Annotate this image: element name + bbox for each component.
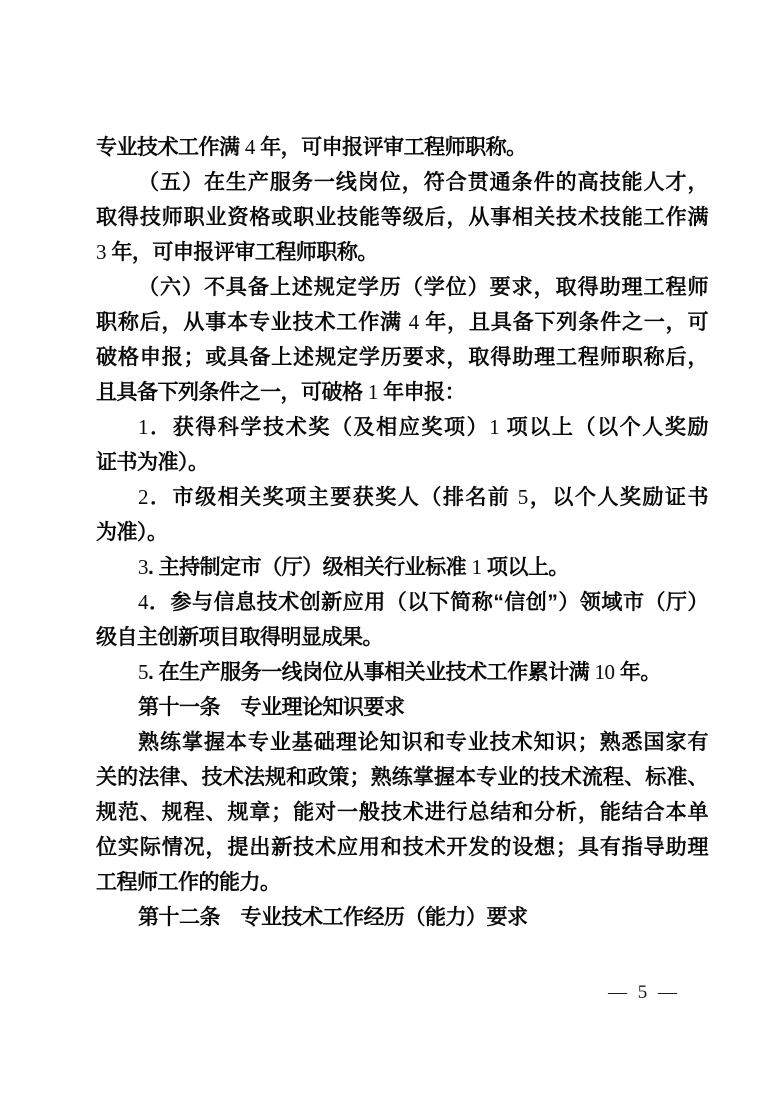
text-line: 第十一条 专业理论知识要求 <box>96 690 708 725</box>
serif-number: 1 <box>138 415 148 439</box>
text-line: 级自主创新项目取得明显成果。 <box>96 620 708 655</box>
text-line: 工程师工作的能力。 <box>96 865 708 900</box>
text-line: 职称后，从事本专业技术工作满 4 年，且具备下列条件之一，可 <box>96 305 708 340</box>
text-line: 熟练掌握本专业基础理论知识和专业技术知识；熟悉国家有 <box>96 725 708 760</box>
serif-number: 3 <box>96 240 106 264</box>
text-line: 5. 在生产服务一线岗位从事相关业技术工作累计满 10 年。 <box>96 655 708 690</box>
serif-number: 1 <box>472 555 482 579</box>
serif-number: 2 <box>138 485 148 509</box>
text-line: 证书为准）。 <box>96 445 708 480</box>
text-line: 3. 主持制定市（厅）级相关行业标准 1 项以上。 <box>96 550 708 585</box>
text-line: 关的法律、技术法规和政策；熟练掌握本专业的技术流程、标准、 <box>96 760 708 795</box>
text-line: 规范、规程、规章；能对一般技术进行总结和分析，能结合本单 <box>96 795 708 830</box>
text-line: 3 年，可申报评审工程师职称。 <box>96 235 708 270</box>
text-line: （六）不具备上述规定学历（学位）要求，取得助理工程师 <box>96 270 708 305</box>
text-line: 1．获得科学技术奖（及相应奖项）1 项以上（以个人奖励 <box>96 410 708 445</box>
text-line: 位实际情况，提出新技术应用和技术开发的设想；具有指导助理 <box>96 830 708 865</box>
serif-number: 1 <box>489 415 499 439</box>
page-number: — 5 — <box>608 982 677 1004</box>
text-line: 专业技术工作满 4 年，可申报评审工程师职称。 <box>96 130 708 165</box>
serif-number: 5 <box>518 485 528 509</box>
text-line: （五）在生产服务一线岗位，符合贯通条件的高技能人才， <box>96 165 708 200</box>
document-page: 专业技术工作满 4 年，可申报评审工程师职称。（五）在生产服务一线岗位，符合贯通… <box>0 0 777 1099</box>
serif-number: 3 <box>138 555 148 579</box>
serif-number: 5 <box>138 660 148 684</box>
text-line: 2．市级相关奖项主要获奖人（排名前 5，以个人奖励证书 <box>96 480 708 515</box>
text-line: 为准）。 <box>96 515 708 550</box>
document-body: 专业技术工作满 4 年，可申报评审工程师职称。（五）在生产服务一线岗位，符合贯通… <box>96 130 708 935</box>
text-line: 4．参与信息技术创新应用（以下简称“信创”）领域市（厅） <box>96 585 708 620</box>
text-line: 取得技师职业资格或职业技能等级后，从事相关技术技能工作满 <box>96 200 708 235</box>
serif-number: 1 <box>368 380 378 404</box>
text-line: 第十二条 专业技术工作经历（能力）要求 <box>96 900 708 935</box>
serif-number: 4 <box>409 310 419 334</box>
text-line: 且具备下列条件之一，可破格 1 年申报： <box>96 375 708 410</box>
serif-number: 4 <box>138 590 148 614</box>
serif-number: 10 <box>595 660 615 684</box>
serif-number: 4 <box>245 135 255 159</box>
text-line: 破格申报；或具备上述规定学历要求，取得助理工程师职称后， <box>96 340 708 375</box>
